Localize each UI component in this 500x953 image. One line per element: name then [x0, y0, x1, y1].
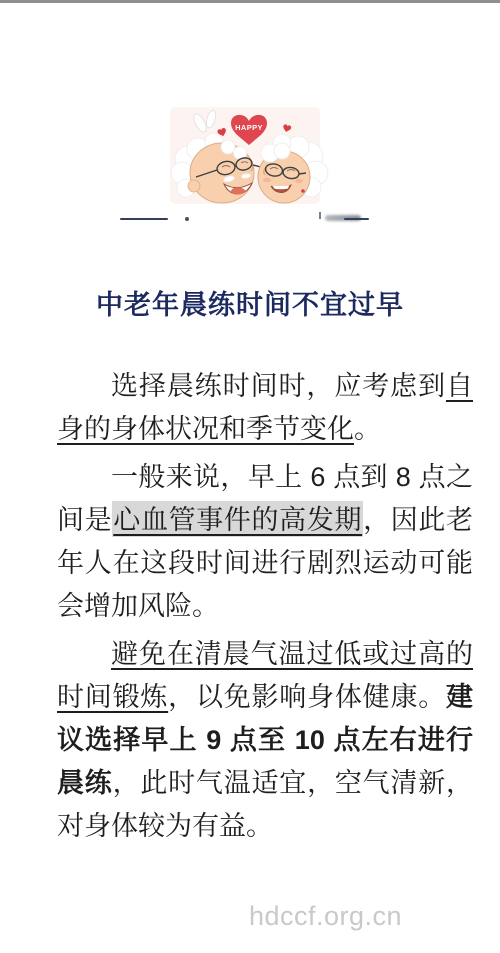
divider-dot [185, 217, 189, 221]
p2-highlighted-text: 心血管事件的高发期 [112, 501, 363, 537]
p1-tail: 。 [354, 414, 381, 444]
paragraph-1: 选择晨练时间时，应考虑到自身的身体状况和季节变化。 [57, 365, 473, 451]
article-title: 中老年晨练时间不宜过早 [0, 283, 500, 322]
paragraph-2: 一般来说，早上 6 点到 8 点之间是心血管事件的高发期，因此老年人在这段时间进… [57, 456, 473, 628]
paragraph-3: 避免在清晨气温过低或过高的时间锻炼，以免影响身体健康。建议选择早上 9 点至 1… [57, 633, 473, 848]
p3-tail: ，此时气温适宜，空气清新，对身体较为有益。 [57, 768, 473, 841]
p1-lead: 选择晨练时间时，应考虑到 [111, 371, 446, 401]
elderly-couple-illustration: HAPPY [170, 107, 320, 204]
divider-line-left [120, 218, 168, 220]
top-divider-line [0, 0, 500, 3]
divider-blur-left [197, 215, 241, 221]
happy-label: HAPPY [235, 123, 263, 132]
p3-mid: ，以免影响身体健康。 [168, 682, 446, 712]
divider-tick [319, 212, 321, 219]
article-page: HAPPY 中老年晨练时间不宜过早 选择晨练时间时，应考虑到自身的身体状况和季节… [0, 0, 500, 953]
article-body: 选择晨练时间时，应考虑到自身的身体状况和季节变化。 一般来说，早上 6 点到 8… [57, 365, 473, 853]
divider-line-right [344, 218, 369, 220]
watermark: hdccf.org.cn [249, 901, 402, 932]
earring-icon [301, 189, 305, 193]
